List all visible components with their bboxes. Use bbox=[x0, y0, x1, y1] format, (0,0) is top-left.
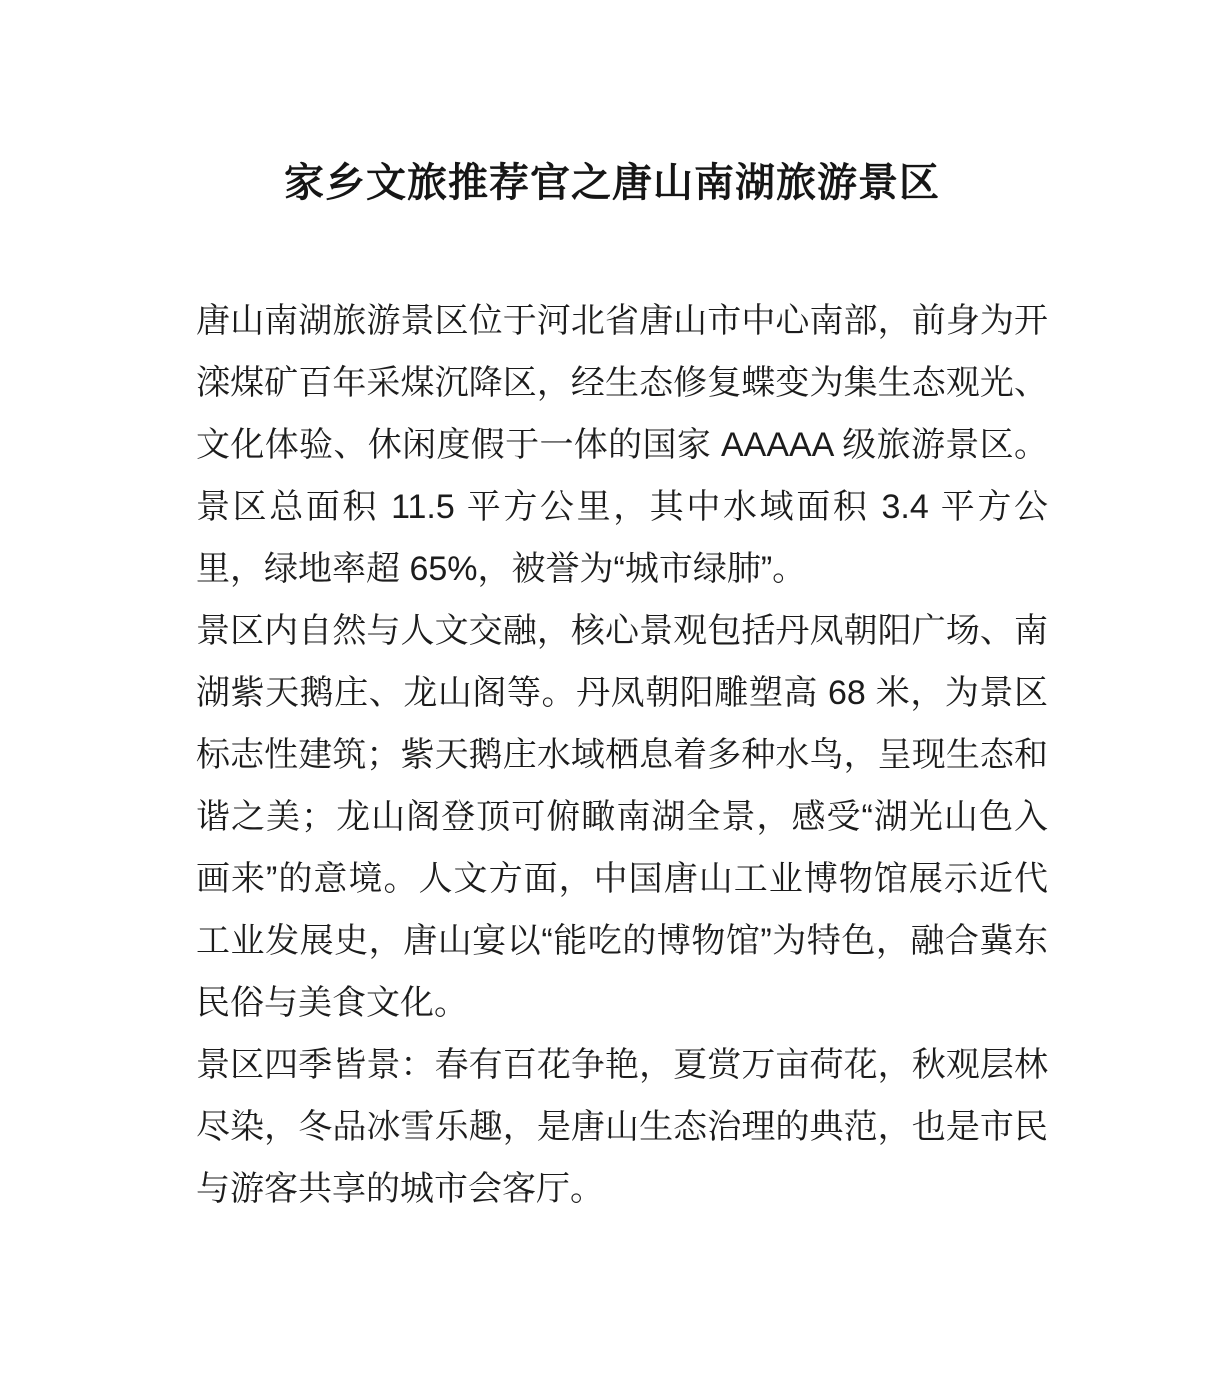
body-paragraph-3: 景区四季皆景：春有百花争艳，夏赏万亩荷花，秋观层林尽染，冬品冰雪乐趣，是唐山生态… bbox=[196, 1034, 1048, 1220]
document-page: 家乡文旅推荐官之唐山南湖旅游景区 唐山南湖旅游景区位于河北省唐山市中心南部，前身… bbox=[0, 0, 1224, 1382]
body-paragraph-1: 唐山南湖旅游景区位于河北省唐山市中心南部，前身为开滦煤矿百年采煤沉降区，经生态修… bbox=[196, 290, 1048, 600]
document-body: 唐山南湖旅游景区位于河北省唐山市中心南部，前身为开滦煤矿百年采煤沉降区，经生态修… bbox=[196, 290, 1048, 1220]
body-paragraph-2: 景区内自然与人文交融，核心景观包括丹凤朝阳广场、南湖紫天鹅庄、龙山阁等。丹凤朝阳… bbox=[196, 600, 1048, 1034]
page-title: 家乡文旅推荐官之唐山南湖旅游景区 bbox=[0, 0, 1224, 208]
